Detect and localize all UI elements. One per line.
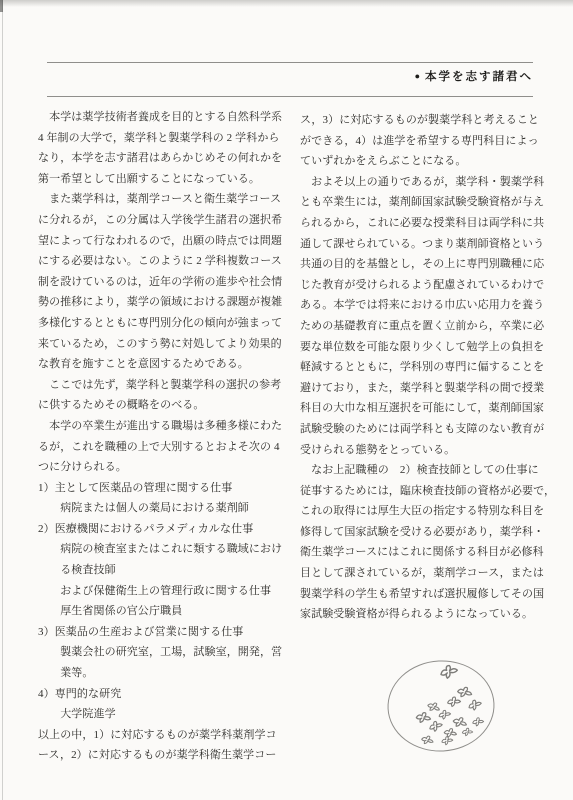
text-line: 製薬学科の学生も希望すれば選択履修してその国: [300, 584, 548, 605]
text-line: およそ以上の通りであるが，薬学科・製薬学科: [300, 172, 548, 193]
text-line: 勢の推移により，薬学の領域における課題が複雑: [38, 292, 286, 313]
text-line: 4 年制の大学で，薬学科と製薬学科の 2 学科から: [38, 128, 286, 149]
section-title: 本学を志す諸君へ: [425, 71, 533, 83]
text-line: 家試験受験資格が得られるようになっている。: [300, 604, 548, 625]
text-line: 軽減するとともに，学科別の専門に偏することを: [300, 357, 548, 378]
text-line: 目として課されているが，薬剤学コース，または: [300, 563, 548, 584]
bird-flock-stamp-icon: [383, 655, 501, 758]
scan-edge-left: [2, 0, 3, 800]
text-line: ス，3）に対応するものが製薬学科と考えること: [300, 110, 548, 131]
text-line: 共通の目的を基盤とし，その上に専門別職種に応: [300, 254, 548, 275]
text-line: なり，本学を志す諸君はあらかじめその何れかを: [38, 148, 286, 169]
text-line: る検査技師: [38, 560, 286, 581]
scan-corner-mark: [0, 0, 3, 12]
text-line: るが，これを職種の上で大別するとおよそ次の 4: [38, 437, 286, 458]
text-line: にする必要はない。このように 2 学科複数コース: [38, 251, 286, 272]
bullet-icon: ●: [415, 71, 425, 81]
right-column: ス，3）に対応するものが製薬学科と考えることができる，4）は進学を希望する専門科…: [300, 110, 548, 625]
text-line: 病院の検査室またはこれに類する職域におけ: [38, 539, 286, 560]
text-line: 多様化するとともに専門別分化の傾向が強まって: [38, 313, 286, 334]
text-line: 以上の中，1）に対応するものが薬学科薬剤学コ: [38, 725, 286, 746]
section-header: ●本学を志す諸君へ: [47, 68, 533, 84]
text-line: 1）主として医薬品の管理に関する仕事: [38, 478, 286, 499]
text-line: な教育を施すことを意図するためである。: [38, 354, 286, 375]
text-line: ース，2）に対応するものが薬学科衛生薬学コー: [38, 745, 286, 766]
text-line: 試験受験のためには両学科とも支障のない教育が: [300, 419, 548, 440]
text-line: とも卒業生には，薬剤師国家試験受験資格が与え: [300, 192, 548, 213]
text-line: 受けられる態勢をとっている。: [300, 440, 548, 461]
header-rule-bottom: [47, 96, 533, 97]
text-line: に供するためその概略をのべる。: [38, 395, 286, 416]
text-line: に分れるが，この分属は入学後学生諸君の選択希: [38, 210, 286, 231]
text-line: じた教育が受けられるよう配慮されているわけで: [300, 275, 548, 296]
text-line: 来ているため，このすう勢に対処してより効果的: [38, 334, 286, 355]
scanned-document-page: ●本学を志す諸君へ 本学は薬学技術者養成を目的とする自然科学系4 年制の大学で，…: [0, 0, 573, 800]
text-line: 製薬会社の研究室，工場，試験室，開発，営: [38, 642, 286, 663]
header-rule-top: [47, 62, 533, 63]
text-line: 3）医薬品の生産および営業に関する仕事: [38, 622, 286, 643]
text-line: ための基礎教育に重点を置く立前から，卒業に必: [300, 316, 548, 337]
text-line: 第一希望として出願することになっている。: [38, 169, 286, 190]
text-line: 病院または個人の薬局における薬剤師: [38, 498, 286, 519]
left-column: 本学は薬学技術者養成を目的とする自然科学系4 年制の大学で，薬学科と製薬学科の …: [38, 107, 286, 766]
text-line: ていずれかをえらぶことになる。: [300, 151, 548, 172]
text-line: 避けており，また，薬学科と製薬学科の間で授業: [300, 378, 548, 399]
text-line: 衛生薬学コースにはこれに関係する科目が必修科: [300, 542, 548, 563]
text-line: 大学院進学: [38, 704, 286, 725]
text-line: 要な単位数を可能な限り少くして勉学上の負担を: [300, 337, 548, 358]
text-line: つに分けられる。: [38, 457, 286, 478]
text-line: また薬学科は，薬剤学コースと衛生薬学コース: [38, 189, 286, 210]
text-line: 本学の卒業生が進出する職場は多種多様にわた: [38, 416, 286, 437]
text-line: ができる，4）は進学を希望する専門科目によっ: [300, 131, 548, 152]
text-line: 本学は薬学技術者養成を目的とする自然科学系: [38, 107, 286, 128]
scan-edge-top: [0, 0, 573, 7]
text-line: 4）専門的な研究: [38, 684, 286, 705]
text-line: 通して課せられている。つまり薬剤師資格という: [300, 234, 548, 255]
text-line: 厚生省関係の官公庁職員: [38, 601, 286, 622]
text-line: 2）医療機関におけるパラメディカルな仕事: [38, 519, 286, 540]
text-line: ある。本学では将来における巾広い応用力を養う: [300, 295, 548, 316]
text-line: 業等。: [38, 663, 286, 684]
text-line: および保健衛生上の管理行政に関する仕事: [38, 581, 286, 602]
text-line: られるから，これに必要な授業科目は両学科に共: [300, 213, 548, 234]
text-line: これの取得には厚生大臣の指定する特別な科目を: [300, 501, 548, 522]
text-line: 従事するためには，臨床検査技師の資格が必要で，: [300, 481, 548, 502]
text-line: なお上記職種の 2）検査技師としての仕事に: [300, 460, 548, 481]
text-line: 望によって行なわれるので，出願の時点では問題: [38, 231, 286, 252]
text-line: 科目の大巾な相互選択を可能にして，薬剤師国家: [300, 398, 548, 419]
text-line: ここでは先ず，薬学科と製薬学科の選択の参考: [38, 375, 286, 396]
text-line: 制を設けているのは，近年の学術の進歩や社会情: [38, 272, 286, 293]
text-line: 修得して国家試験を受ける必要があり，薬学科・: [300, 522, 548, 543]
